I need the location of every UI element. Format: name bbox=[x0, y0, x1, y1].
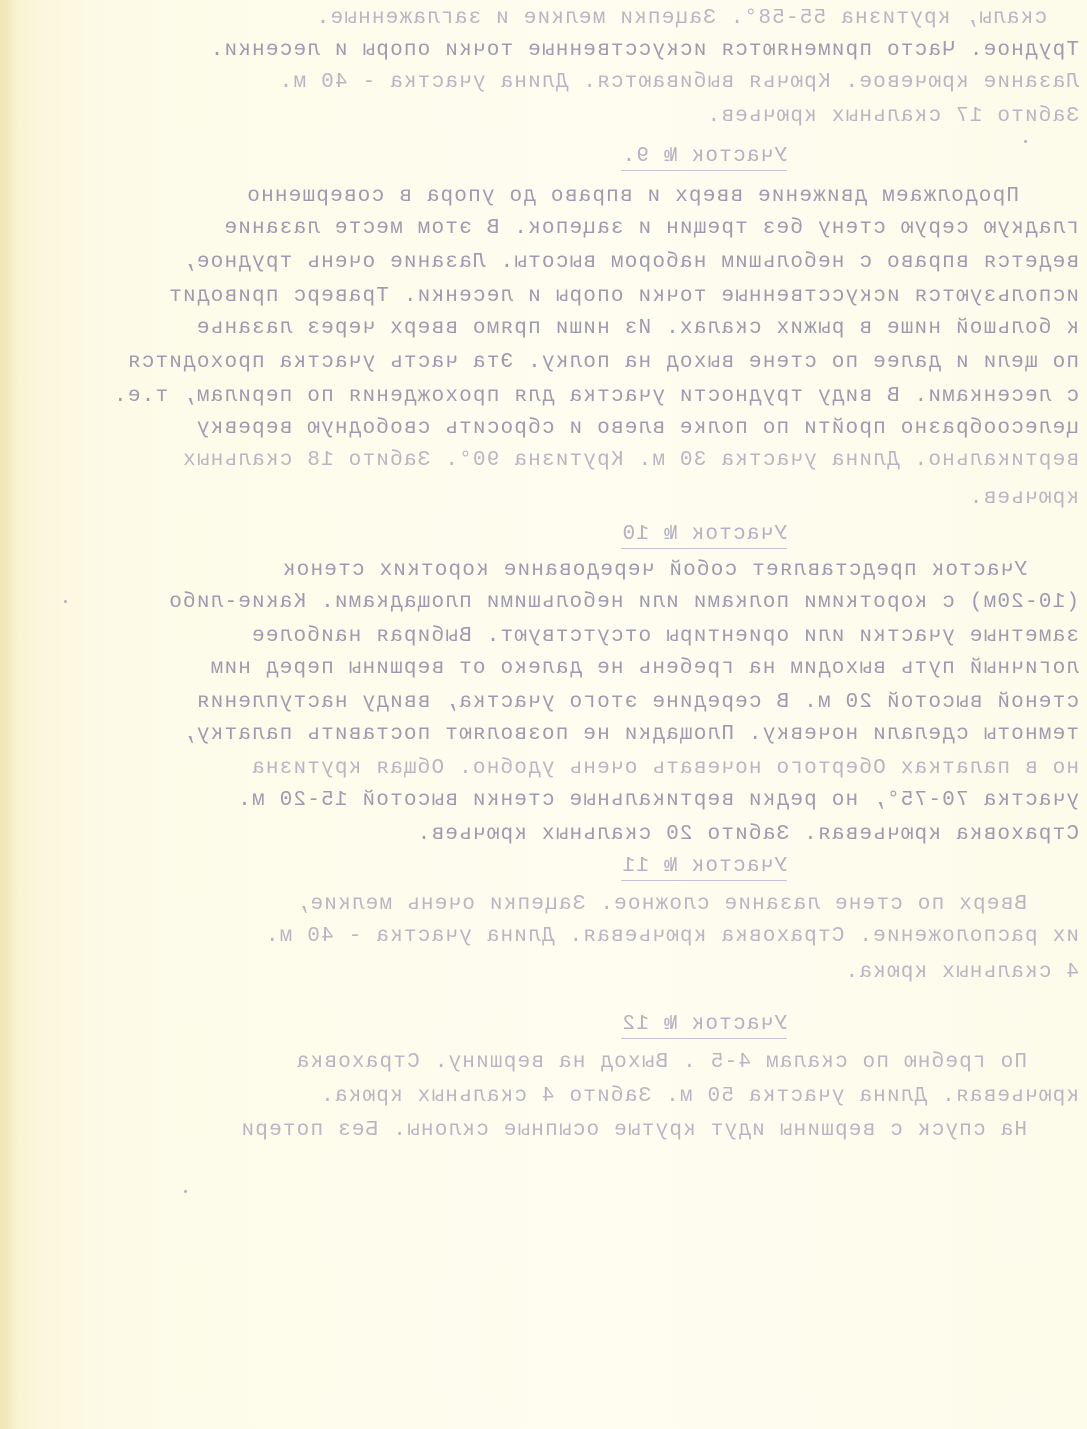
section-12-line: На спуск с вершины идут крутые осыпные с… bbox=[240, 1120, 1027, 1141]
section-10-line: Страховка крючьевая. Забито 20 скальных … bbox=[417, 824, 1080, 845]
section-12-line: По гребню по скалам 4-5 . Выход на верши… bbox=[295, 1052, 1027, 1073]
section-9-line: используются искусственные точки опоры и… bbox=[168, 286, 1079, 307]
section-9-line: гладкую серую стену без трещин и зацепок… bbox=[223, 218, 1079, 239]
intro-line: скалы, крутизна 55-58°. Зацепки мелкие и… bbox=[315, 8, 1047, 29]
section-heading-11: Участок № 11 bbox=[621, 856, 787, 881]
intro-line: Лазание крючевое. Крючья выбиваются. Дли… bbox=[278, 72, 1079, 93]
intro-line: Трудное. Часто применяются искусственные… bbox=[209, 40, 1079, 61]
section-10-line: заметные участки или ориентиры отсутству… bbox=[251, 626, 1079, 647]
section-10-line: но в палатках Обертого ночевать очень уд… bbox=[251, 758, 1079, 779]
paper-speck bbox=[64, 600, 67, 603]
section-10-line: логичный путь выходим на гребень не дале… bbox=[209, 658, 1079, 679]
section-9-line: целесообразно пройти по полке влево и сб… bbox=[196, 418, 1079, 439]
section-9-line: по щели и далее по стене выход на полку.… bbox=[127, 352, 1079, 373]
section-11-line: 4 скальных крюка. bbox=[844, 962, 1079, 983]
section-heading-10: Участок № 10 bbox=[621, 524, 787, 549]
section-10-line: темноты сделали ночевку. Площадки не поз… bbox=[182, 724, 1079, 745]
section-9-line: с лесенками. В виду трудности участка дл… bbox=[113, 386, 1079, 407]
section-12-line: крючьевая. Длина участка 50 м. Забито 4 … bbox=[320, 1086, 1079, 1107]
section-10-line: Участок представляет собой чередование к… bbox=[282, 560, 1027, 581]
section-11-line: Вверх по стене лазание сложное. Зацепки … bbox=[295, 894, 1027, 915]
section-heading-12: Участок № 12 bbox=[621, 1014, 787, 1039]
section-9-line: ведется вправо с небольшим набором высот… bbox=[182, 252, 1079, 273]
section-10-line: (10-20м) с короткими полками или небольш… bbox=[168, 592, 1079, 613]
mirrored-document-sheet: скалы, крутизна 55-58°. Зацепки мелкие и… bbox=[0, 0, 1087, 1429]
intro-line: Забито 17 скальных крючьев. bbox=[706, 106, 1079, 127]
section-11-line: их расположение. Страховка крючьевая. Дл… bbox=[265, 926, 1079, 947]
section-heading-9: Участок № 9. bbox=[621, 146, 787, 171]
paper-speck bbox=[1024, 140, 1027, 143]
section-9-line: Продолжаем движение вверх и вправо до уп… bbox=[246, 186, 1019, 207]
section-9-line: крючьев. bbox=[969, 488, 1079, 509]
section-10-line: стеной высотой 20 м. В середине этого уч… bbox=[196, 692, 1079, 713]
paper-speck bbox=[184, 1190, 187, 1193]
section-10-line: участка 70-75°, но редки вертикальные ст… bbox=[237, 790, 1079, 811]
section-9-line: вертикально. Длина участка 30 м. Крутизн… bbox=[182, 450, 1079, 471]
section-9-line: к большой нише в рыжих скалах. Из ниши п… bbox=[196, 318, 1079, 339]
